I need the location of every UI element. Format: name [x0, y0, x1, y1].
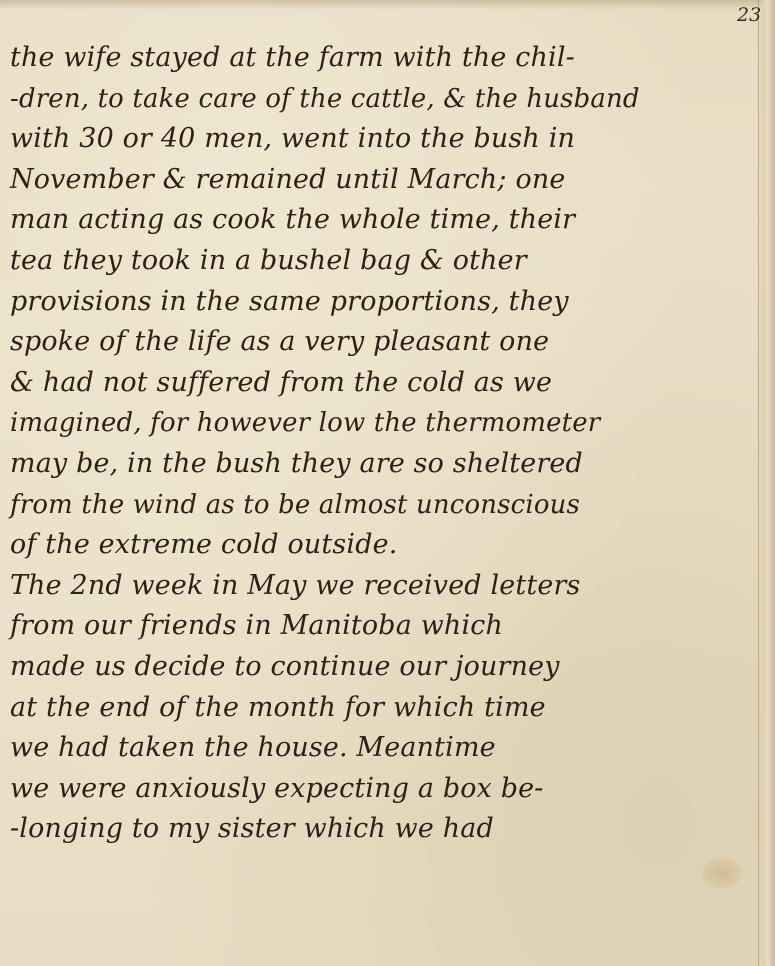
text-line-7: provisions in the same proportions, they — [10, 282, 762, 323]
text-line-11: may be, in the bush they are so sheltere… — [10, 444, 762, 485]
manuscript-page: 23 the wife stayed at the farm with the … — [0, 0, 775, 966]
text-line-12: from the wind as to be almost unconsciou… — [10, 485, 762, 526]
text-line-10: imagined, for however low the thermomete… — [10, 403, 762, 444]
text-line-14: The 2nd week in May we received letters — [10, 566, 762, 607]
page-number: 23 — [737, 4, 761, 26]
page-top-shadow — [0, 0, 775, 10]
paper-stain — [702, 858, 742, 888]
text-line-19: we were anxiously expecting a box be- — [10, 769, 762, 810]
text-line-8: spoke of the life as a very pleasant one — [10, 322, 762, 363]
handwritten-text-body: the wife stayed at the farm with the chi… — [10, 38, 765, 850]
text-line-17: at the end of the month for which time — [10, 688, 762, 729]
text-line-18: we had taken the house. Meantime — [10, 728, 762, 769]
text-line-20: -longing to my sister which we had — [10, 809, 762, 850]
text-line-16: made us decide to continue our journey — [10, 647, 762, 688]
text-line-2: -dren, to take care of the cattle, & the… — [10, 79, 762, 120]
text-line-4: November & remained until March; one — [10, 160, 762, 201]
text-line-15: from our friends in Manitoba which — [10, 606, 762, 647]
text-line-6: tea they took in a bushel bag & other — [10, 241, 762, 282]
text-line-13: of the extreme cold outside. — [10, 525, 762, 566]
text-line-5: man acting as cook the whole time, their — [10, 200, 762, 241]
text-line-3: with 30 or 40 men, went into the bush in — [10, 119, 762, 160]
text-line-1: the wife stayed at the farm with the chi… — [10, 38, 762, 79]
text-line-9: & had not suffered from the cold as we — [10, 363, 762, 404]
